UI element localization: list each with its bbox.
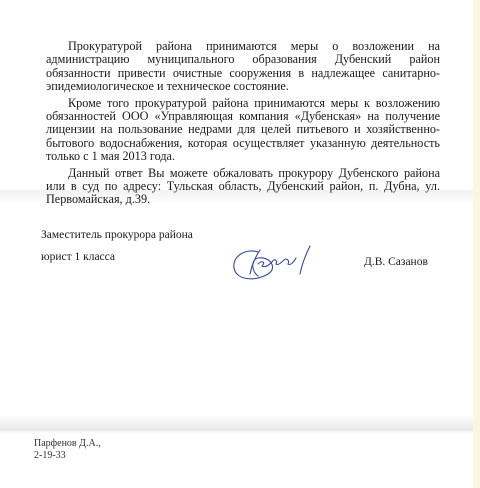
signer-name: Д.В. Сазанов	[364, 256, 428, 268]
signature-icon	[228, 238, 328, 288]
signer-rank: юрист 1 класса	[41, 251, 115, 263]
executor-info: Парфенов Д.А., 2-19-33	[34, 438, 101, 462]
document-page: Прокуратурой района принимаются меры о в…	[0, 0, 473, 488]
paragraph-measures-company: Кроме того прокуратурой района принимают…	[46, 97, 440, 164]
letter-body: Прокуратурой района принимаются меры о в…	[46, 40, 440, 210]
paper-fold-shadow	[0, 415, 473, 433]
executor-name: Парфенов Д.А.,	[34, 438, 101, 450]
paper-edge	[473, 0, 480, 488]
executor-phone: 2-19-33	[34, 450, 101, 462]
signer-position: Заместитель прокурора района	[41, 229, 193, 241]
paragraph-appeal-info: Данный ответ Вы можете обжаловать прокур…	[46, 167, 440, 207]
paragraph-measures-administration: Прокуратурой района принимаются меры о в…	[46, 40, 440, 94]
